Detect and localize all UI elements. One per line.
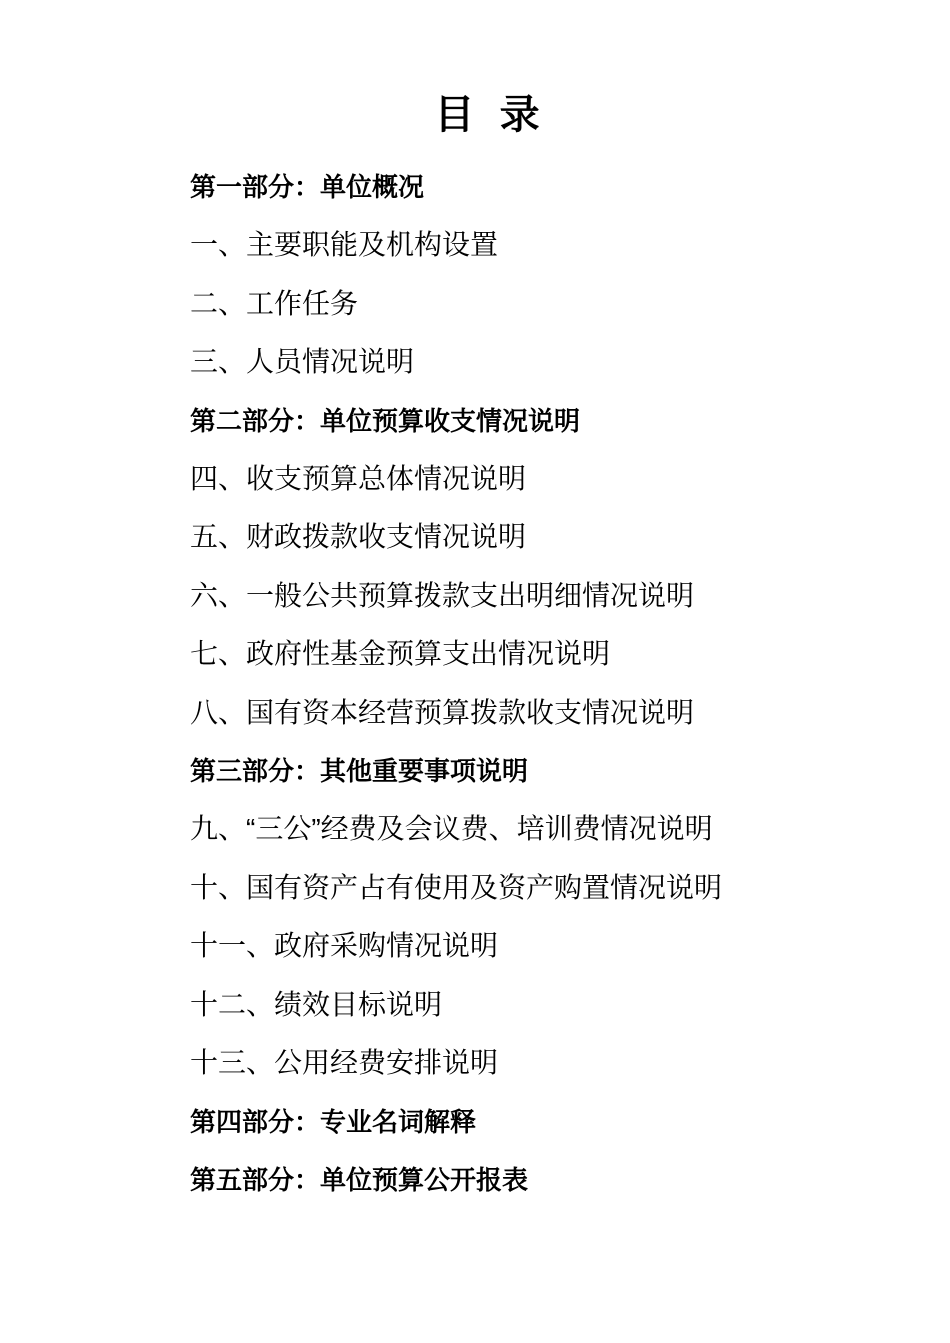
toc-item: 二、工作任务 <box>190 275 890 333</box>
table-of-contents: 第一部分：单位概况 一、主要职能及机构设置 二、工作任务 三、人员情况说明 第二… <box>190 158 890 1209</box>
toc-item: 三、人员情况说明 <box>190 333 890 391</box>
toc-item: 五、财政拨款收支情况说明 <box>190 508 890 566</box>
document-title: 目 录 <box>0 0 950 140</box>
toc-section-heading: 第二部分：单位预算收支情况说明 <box>190 392 890 450</box>
toc-item: 一、主要职能及机构设置 <box>190 216 890 274</box>
toc-item: 八、国有资本经营预算拨款收支情况说明 <box>190 684 890 742</box>
document-page: 目 录 第一部分：单位概况 一、主要职能及机构设置 二、工作任务 三、人员情况说… <box>0 0 950 1343</box>
toc-section-heading: 第三部分：其他重要事项说明 <box>190 742 890 800</box>
toc-item: 十一、政府采购情况说明 <box>190 917 890 975</box>
toc-item: 十、国有资产占有使用及资产购置情况说明 <box>190 859 890 917</box>
toc-item: 七、政府性基金预算支出情况说明 <box>190 625 890 683</box>
toc-section-heading: 第一部分：单位概况 <box>190 158 890 216</box>
toc-section-heading: 第四部分：专业名词解释 <box>190 1093 890 1151</box>
toc-section-heading: 第五部分：单位预算公开报表 <box>190 1151 890 1209</box>
toc-item: 四、收支预算总体情况说明 <box>190 450 890 508</box>
toc-item: 十二、绩效目标说明 <box>190 976 890 1034</box>
toc-item: 六、一般公共预算拨款支出明细情况说明 <box>190 567 890 625</box>
toc-item: 十三、公用经费安排说明 <box>190 1034 890 1092</box>
toc-item: 九、“三公”经费及会议费、培训费情况说明 <box>190 800 890 858</box>
